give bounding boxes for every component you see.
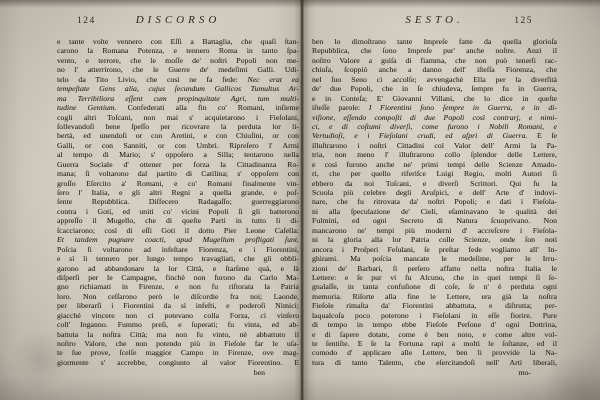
text-line: nare, che fu ritrovata da' noſtri Popoli… <box>312 197 557 206</box>
text-line: telo da Tito Livio, che così ne fa fede:… <box>57 75 299 84</box>
text-line: gno richiamati in Firenze, e non fu riſt… <box>57 282 299 291</box>
text-line: coll' Inganno. Fummo preſi, e ſuperati; … <box>57 320 299 329</box>
text-line: mana; ſi voltarono dal partito di Catili… <box>57 169 299 178</box>
text-line: ni alla ſpeculazione de' Cieli, eſaminav… <box>312 207 557 216</box>
text-line: al tempo di Mario; s' oppoſero a Silla; … <box>57 150 299 159</box>
text-line: di tempo in tempo ebbe Fieſole Perſone d… <box>312 320 557 329</box>
text-line: ni la gloria alla lor Patria colle Scien… <box>312 235 557 244</box>
text-line: comodo d' applicare alle Lettere, ben li… <box>312 348 557 357</box>
text-line: ebbero da noi Toſcani, e diverſi Scritto… <box>312 179 557 188</box>
page-header-right: SESTO. 125 <box>312 14 557 31</box>
text-line: giacchè vincere non ci potevano colla Fo… <box>57 311 299 320</box>
text-line: ghirami. Ma poſcia mancate le medeſime, … <box>312 254 557 263</box>
text-line: cogli altri Toſcani, non mai s' acquieta… <box>57 113 299 122</box>
text-line: giormente s' accrebbe, congiunto al valo… <box>57 358 299 367</box>
text-line: tura di tanto Talento, che eſercitandoſi… <box>312 358 557 367</box>
text-column-right: SESTO. 125 ben lo dimoſtrano tante Impre… <box>312 14 557 378</box>
page-header-left: 124 DISCORSO <box>57 14 299 31</box>
text-line: ci, e di coſtumi diverſi, come furono i … <box>312 122 557 131</box>
text-line: viſione, eſſendo compoſti di due Popoli … <box>312 113 557 122</box>
text-line: ben lo dimoſtrano tante Impreſe fatte da… <box>312 37 557 46</box>
text-line: e di ſapere dotate, come è ben noto, e c… <box>312 330 557 339</box>
text-line: Fulmini, ed ogni Secreto di Natura ſcuop… <box>312 216 557 225</box>
page-text-right: ben lo dimoſtrano tante Impreſe fatte da… <box>312 37 557 367</box>
text-line: tudine Gentium. Confederati alla fin co'… <box>57 103 299 112</box>
open-book-spread: 124 DISCORSO e tante volte vennero con E… <box>0 0 600 400</box>
text-line: e in Conteſa; E' Giovanni Villani, che l… <box>312 94 557 103</box>
text-line: e tante volte vennero con Eſſi a Battagl… <box>57 37 299 46</box>
text-line: te ſue prove, ſcelſe maggior Campo in Fi… <box>57 348 299 357</box>
text-line: e sì li tennero per lungo tempo travagli… <box>57 254 299 263</box>
page-text-left: e tante volte vennero con Eſſi a Battagl… <box>57 37 299 367</box>
text-line: tria, non meno l' illuſtrarono collo ſpl… <box>312 150 557 159</box>
text-line: Et tandem pugnare coacti, apud Mugellum … <box>57 235 299 244</box>
text-column-left: 124 DISCORSO e tante volte vennero con E… <box>57 14 299 378</box>
text-line: zioni de' Barbari, ſi perſero affatto ne… <box>312 264 557 273</box>
text-line: Galli, or con Sanniti, or con Umbri. Rip… <box>57 141 299 150</box>
page-number-left: 124 <box>77 16 96 26</box>
text-line: loro. Non ceſſarono però le diſcordie fr… <box>57 292 299 301</box>
text-line: memoria. Riſorte alla fine le Lettere, e… <box>312 292 557 301</box>
book-page-right: SESTO. 125 ben lo dimoſtrano tante Impre… <box>302 0 600 400</box>
text-line: ſcacciarono; così di eſſi Goti il dotto … <box>57 226 299 235</box>
text-line: mancarono ne' tempi più moderni d' accre… <box>312 226 557 235</box>
text-line: te ſentiſte. E ſe la Fortuna rapì a molt… <box>312 339 557 348</box>
text-line: ma Terribiliora eſſent cum propinquitate… <box>57 94 299 103</box>
book-page-left: 124 DISCORSO e tante volte vennero con E… <box>0 0 302 400</box>
catchword-left: ben <box>57 368 299 377</box>
text-line: battuta la noſtra Città; ma non fu vinto… <box>57 330 299 339</box>
text-line: garono ad abbandonare la lor Città, e ſt… <box>57 264 299 273</box>
text-line: laqualcoſa poco poterono i Fieſolani in … <box>312 311 557 320</box>
text-line: per liberarſi i Fiorentini da sì infeſti… <box>57 301 299 310</box>
text-line: illuſtrarono i noſtri Cittadini col Valo… <box>312 141 557 150</box>
text-line: nel ſuo Seno ci accolſe; avvengachè Ella… <box>312 75 557 84</box>
text-line: noſtro Valore, che non potendo più in Fi… <box>57 339 299 348</box>
text-line: appreſſo il Mugello, che di queſte Parti… <box>57 216 299 225</box>
text-line: iſteſſe parole: I Fiorentini ſono ſempre… <box>312 103 557 112</box>
text-line: chiuſa, ſcoppiò anche a danno dell' iſte… <box>312 65 557 74</box>
text-line: vento, e terrore, che le moſſe de' noſtr… <box>57 56 299 65</box>
page-number-right: 125 <box>514 16 533 26</box>
text-line: contra i Goti, ed uniti co' vicini Popol… <box>57 207 299 216</box>
book-gutter-crease <box>294 0 310 400</box>
text-line: Poſcia ſi voltarono ad infeſtare Fiorenz… <box>57 245 299 254</box>
text-line: Fieſole rimaſta da' Fiorentini abbattuta… <box>312 301 557 310</box>
text-line: diſperſi per le Campagne, finchè non fur… <box>57 273 299 282</box>
text-line: ancora i Proſperi Feſulani, ſe preſtar f… <box>312 245 557 254</box>
text-line: ſollevandoſi bene ſpeſſo per ricovrare l… <box>57 122 299 131</box>
text-line: Lettere: e ſe pur vi fu Alcuno, che in q… <box>312 273 557 282</box>
text-line: noſtro Valore a guiſa di fiamma, che non… <box>312 56 557 65</box>
text-line: bertà, ed unendoſi or con Aretini, e con… <box>57 131 299 140</box>
catchword-right: mo- <box>312 368 557 377</box>
text-line: no l' atterrirono, che le Guerre de' med… <box>57 65 299 74</box>
text-line: e così furono anche ne' primi tempi dell… <box>312 160 557 169</box>
text-line: carono la Romana Potenza, e tennero Roma… <box>57 46 299 55</box>
text-line: tempeſtate Gens alia, cujus ſecundum Gal… <box>57 84 299 93</box>
text-line: ri, che per quello riferiſce Luigi Regio… <box>312 169 557 178</box>
text-line: Guerra Sociale d' ottener per forza la C… <box>57 160 299 169</box>
text-line: Repubblica, che ſono Impreſe pur' anche … <box>312 46 557 55</box>
text-line: ſente Repubblica. Diſfecero Radagaſſo; g… <box>57 197 299 206</box>
text-line: Scuola più celebre degli Aruſpici, e del… <box>312 188 557 197</box>
text-line: de' due Popoli, che in ſe chiudeva, ſemp… <box>312 84 557 93</box>
text-line: ſero l' Italia, e gli altri Regni a quel… <box>57 188 299 197</box>
text-line: groſſo Eſercito a' Romani, e co' Romani … <box>57 179 299 188</box>
text-line: gnalaſſe, in tanta confuſione di coſe, ſ… <box>312 282 557 291</box>
text-line: Vertudioſi, e i Fieſolani crudi, ed aſpr… <box>312 131 557 140</box>
